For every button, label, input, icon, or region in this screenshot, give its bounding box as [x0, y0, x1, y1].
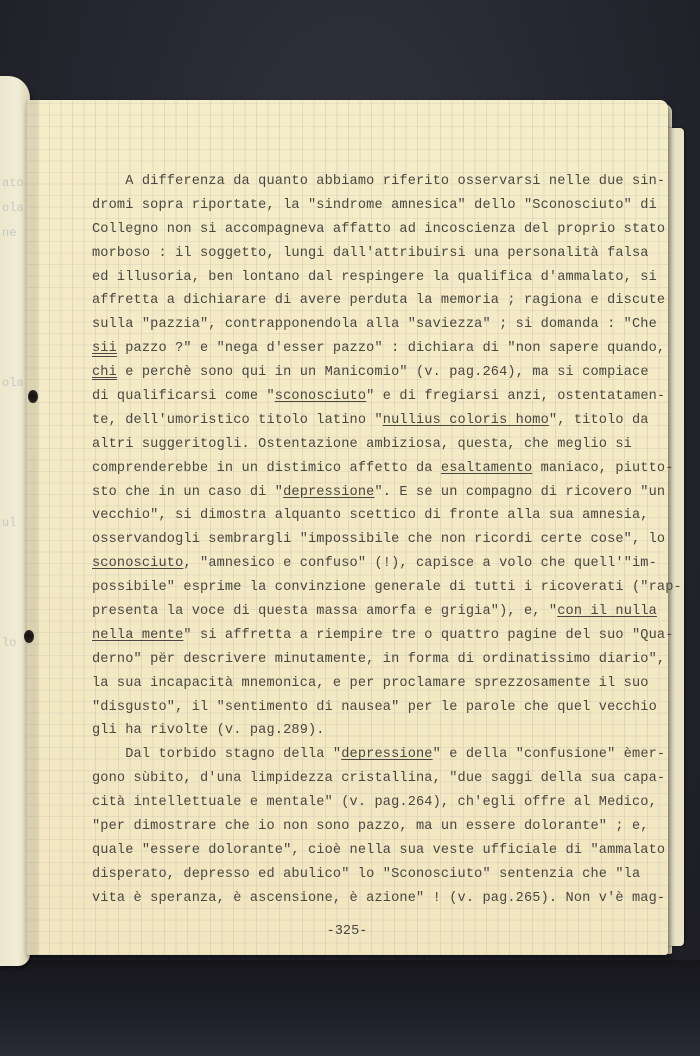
text-line: la sua incapacità mnemonica, e per procl…: [92, 672, 652, 696]
text-line: di qualificarsi come "sconosciuto" e di …: [92, 385, 652, 409]
text-line: te, dell'umoristico titolo latino "nulli…: [92, 409, 652, 433]
body-text: A differenza da quanto abbiamo riferito …: [92, 170, 652, 911]
underlined-term: sconosciuto: [275, 389, 366, 404]
text-line: altri suggeritogli. Ostentazione ambizio…: [92, 433, 652, 457]
text-line: vita è speranza, è ascensione, è azione"…: [92, 887, 652, 911]
text-line: gono sùbito, d'una limpidezza cristallin…: [92, 767, 652, 791]
paragraph-2: Dal torbido stagno della "depressione" e…: [92, 743, 652, 910]
text-line: nella mente" si affretta a riempire tre …: [92, 624, 652, 648]
paragraph-1: A differenza da quanto abbiamo riferito …: [92, 170, 652, 743]
text-line: osservandogli sembrargli "impossibile ch…: [92, 528, 652, 552]
underlined-term: sii: [92, 341, 117, 356]
underlined-term: depressione: [283, 485, 374, 500]
underlined-term: esaltamento: [441, 461, 532, 476]
text-line: morboso : il soggetto, lungi dall'attrib…: [92, 242, 652, 266]
text-line: vecchio", si dimostra alquanto scettico …: [92, 504, 652, 528]
underlined-term: depressione: [341, 747, 432, 762]
text-line: sulla "pazzia", contrapponendola alla "s…: [92, 313, 652, 337]
bleed-through-text: lo: [2, 636, 16, 650]
text-line: chi e perchè sono qui in un Manicomio" (…: [92, 361, 652, 385]
text-line: disperato, depresso ed abulico" lo "Scon…: [92, 863, 652, 887]
text-line: sconosciuto, "amnesico e confuso" (!), c…: [92, 552, 652, 576]
bleed-through-text: ato: [2, 176, 24, 190]
text-line: "per dimostrare che io non sono pazzo, m…: [92, 815, 652, 839]
page-number: -325-: [26, 924, 668, 939]
text-line: sii pazzo ?" e "nega d'esser pazzo" : di…: [92, 337, 652, 361]
text-line: presenta la voce di questa massa amorfa …: [92, 600, 652, 624]
underlined-term: nullius coloris homo: [383, 413, 549, 428]
text-line: possibile" esprime la convinzione genera…: [92, 576, 652, 600]
text-line: gli ha rivolte (v. pag.289).: [92, 719, 652, 743]
text-line: "disgusto", il "sentimento di nausea" pe…: [92, 696, 652, 720]
bleed-through-text: ola: [2, 376, 24, 390]
dark-backdrop: [0, 960, 700, 1056]
text-line: cità intellettuale e mentale" (v. pag.26…: [92, 791, 652, 815]
text-line: Collegno non si accompagneva affatto ad …: [92, 218, 652, 242]
text-line: affretta a dichiarare di avere perduta l…: [92, 289, 652, 313]
text-line: ed illusoria, ben lontano dal respingere…: [92, 266, 652, 290]
bleed-through-text: ul: [2, 516, 16, 530]
text-line: derno" për descrivere minutamente, in fo…: [92, 648, 652, 672]
underlined-term: con il nulla: [557, 604, 657, 619]
text-line: quale "essere dolorante", cioè nella sua…: [92, 839, 652, 863]
underlined-term: chi: [92, 365, 117, 380]
underlined-term: sconosciuto: [92, 556, 183, 571]
underlined-term: nella mente: [92, 628, 183, 643]
text-line: dromi sopra riportate, la "sindrome amne…: [92, 194, 652, 218]
text-line: Dal torbido stagno della "depressione" e…: [92, 743, 652, 767]
bleed-through-text: ola: [2, 201, 24, 215]
bleed-through-text: ne: [2, 226, 16, 240]
text-line: comprenderebbe in un distimico affetto d…: [92, 457, 652, 481]
text-line: A differenza da quanto abbiamo riferito …: [92, 170, 652, 194]
text-line: sto che in un caso di "depressione". E s…: [92, 481, 652, 505]
punch-hole: [28, 390, 38, 403]
punch-hole: [24, 630, 34, 643]
